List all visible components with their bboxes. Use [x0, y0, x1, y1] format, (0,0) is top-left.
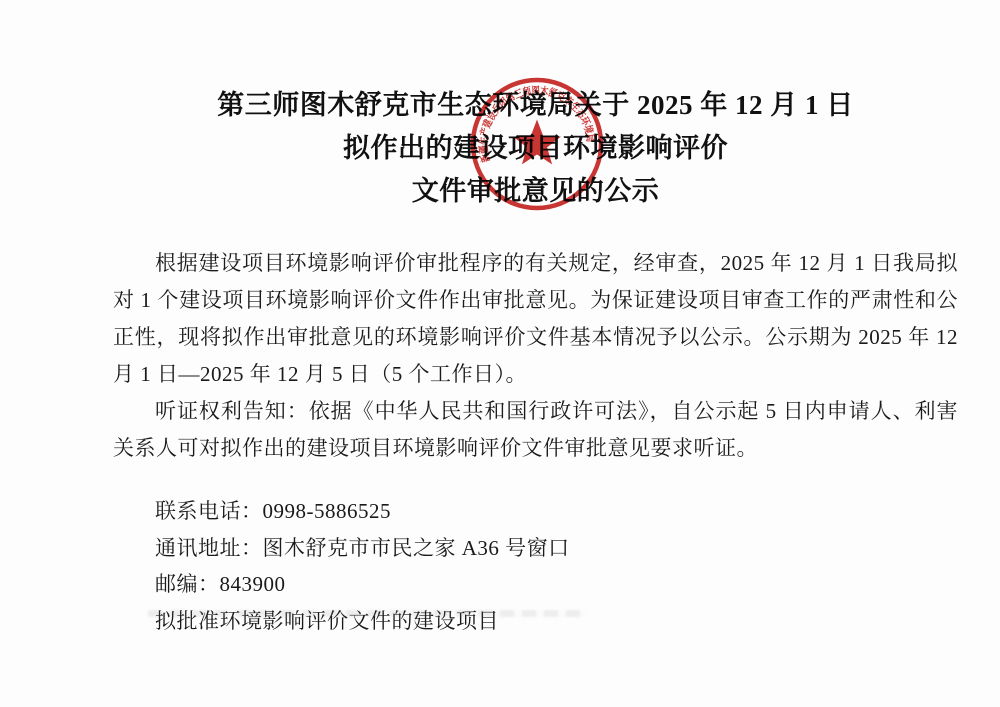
title-line-3: 文件审批意见的公示: [113, 170, 958, 213]
document-title: 第三师图木舒克市生态环境局关于 2025 年 12 月 1 日 拟作出的建设项目…: [113, 84, 958, 213]
document-page: 第三师图木舒克市生态环境局关于 2025 年 12 月 1 日 拟作出的建设项目…: [0, 0, 1000, 707]
contact-phone: 联系电话：0998-5886525: [113, 493, 958, 530]
scan-bleed-artifact: [148, 610, 588, 617]
title-line-2: 拟作出的建设项目环境影响评价: [113, 127, 958, 170]
title-line-1: 第三师图木舒克市生态环境局关于 2025 年 12 月 1 日: [113, 84, 958, 127]
paragraph-hearing-rights: 听证权利告知：依据《中华人民共和国行政许可法》，自公示起 5 日内申请人、利害关…: [113, 393, 958, 467]
notice-body: 根据建设项目环境影响评价审批程序的有关规定，经审查，2025 年 12 月 1 …: [113, 245, 958, 467]
contact-info: 联系电话：0998-5886525 通讯地址：图木舒克市市民之家 A36 号窗口…: [113, 493, 958, 639]
contact-postcode: 邮编：843900: [113, 566, 958, 603]
project-list-heading: 拟批准环境影响评价文件的建设项目: [113, 603, 958, 640]
notice-document: 第三师图木舒克市生态环境局关于 2025 年 12 月 1 日 拟作出的建设项目…: [113, 0, 958, 639]
contact-address: 通讯地址：图木舒克市市民之家 A36 号窗口: [113, 530, 958, 567]
paragraph-public-notice: 根据建设项目环境影响评价审批程序的有关规定，经审查，2025 年 12 月 1 …: [113, 245, 958, 393]
